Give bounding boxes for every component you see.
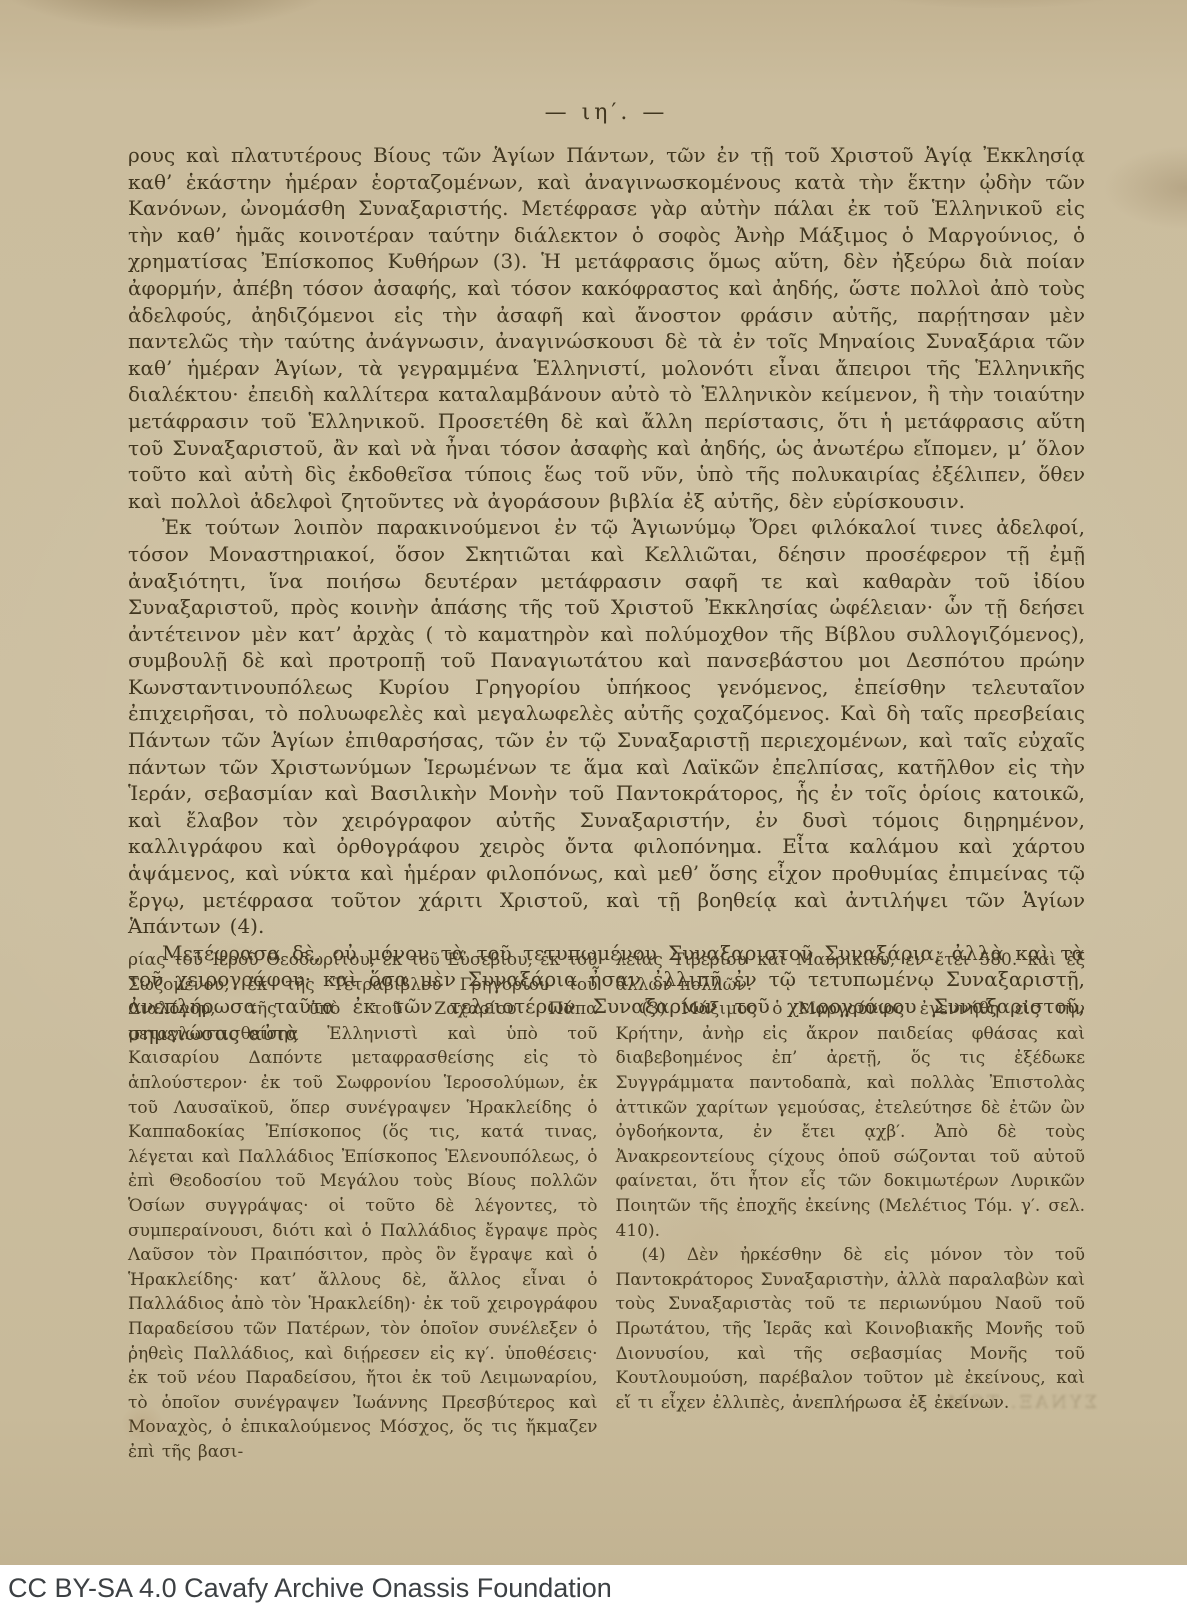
body-paragraph-continuation: ρους καὶ πλατυτέρους Βίους τῶν Ἁγίων Πάν… <box>128 142 1085 514</box>
license-text: CC BY-SA 4.0 Cavafy Archive Onassis Foun… <box>0 1573 612 1604</box>
main-text-block: ρους καὶ πλατυτέρους Βίους τῶν Ἁγίων Πάν… <box>128 142 1085 1046</box>
footnote-4: (4) Δὲν ἠρκέσθην δὲ εἰς μόνον τὸν τοῦ Πα… <box>616 1243 1086 1415</box>
scanned-book-page: — ιη′. — ρους καὶ πλατυτέρους Βίους τῶν … <box>0 0 1187 1565</box>
footnote-column-left: ρίας τοῦ Ἱεροῦ Θεοδωρίτου, ἐκ τοῦ Εὐσεβί… <box>128 948 598 1464</box>
footnote-continuation: λείας Τιβερίου καὶ Μαυρικίου, ἐν ἔτει 58… <box>616 948 1086 997</box>
license-footer: CC BY-SA 4.0 Cavafy Archive Onassis Foun… <box>0 1565 1187 1612</box>
page-number-header: — ιη′. — <box>128 100 1085 125</box>
footnote-3: (3) Μάξιμος ὁ Μαργούνιος ἐγεννήθη εἰς τὴ… <box>616 997 1086 1243</box>
verso-show-through-text: ΣΥΝΑΞ. ΤΟΜ. Α. <box>880 1392 1120 1413</box>
footnote-column-right: λείας Τιβερίου καὶ Μαυρικίου, ἐν ἔτει 58… <box>616 948 1086 1464</box>
footnotes-block: ρίας τοῦ Ἱεροῦ Θεοδωρίτου, ἐκ τοῦ Εὐσεβί… <box>128 948 1085 1464</box>
body-paragraph: Ἐκ τούτων λοιπὸν παρακινούμενοι ἐν τῷ Ἁγ… <box>128 514 1085 940</box>
footnote-continuation: ρίας τοῦ Ἱεροῦ Θεοδωρίτου, ἐκ τοῦ Εὐσεβί… <box>128 948 598 1464</box>
